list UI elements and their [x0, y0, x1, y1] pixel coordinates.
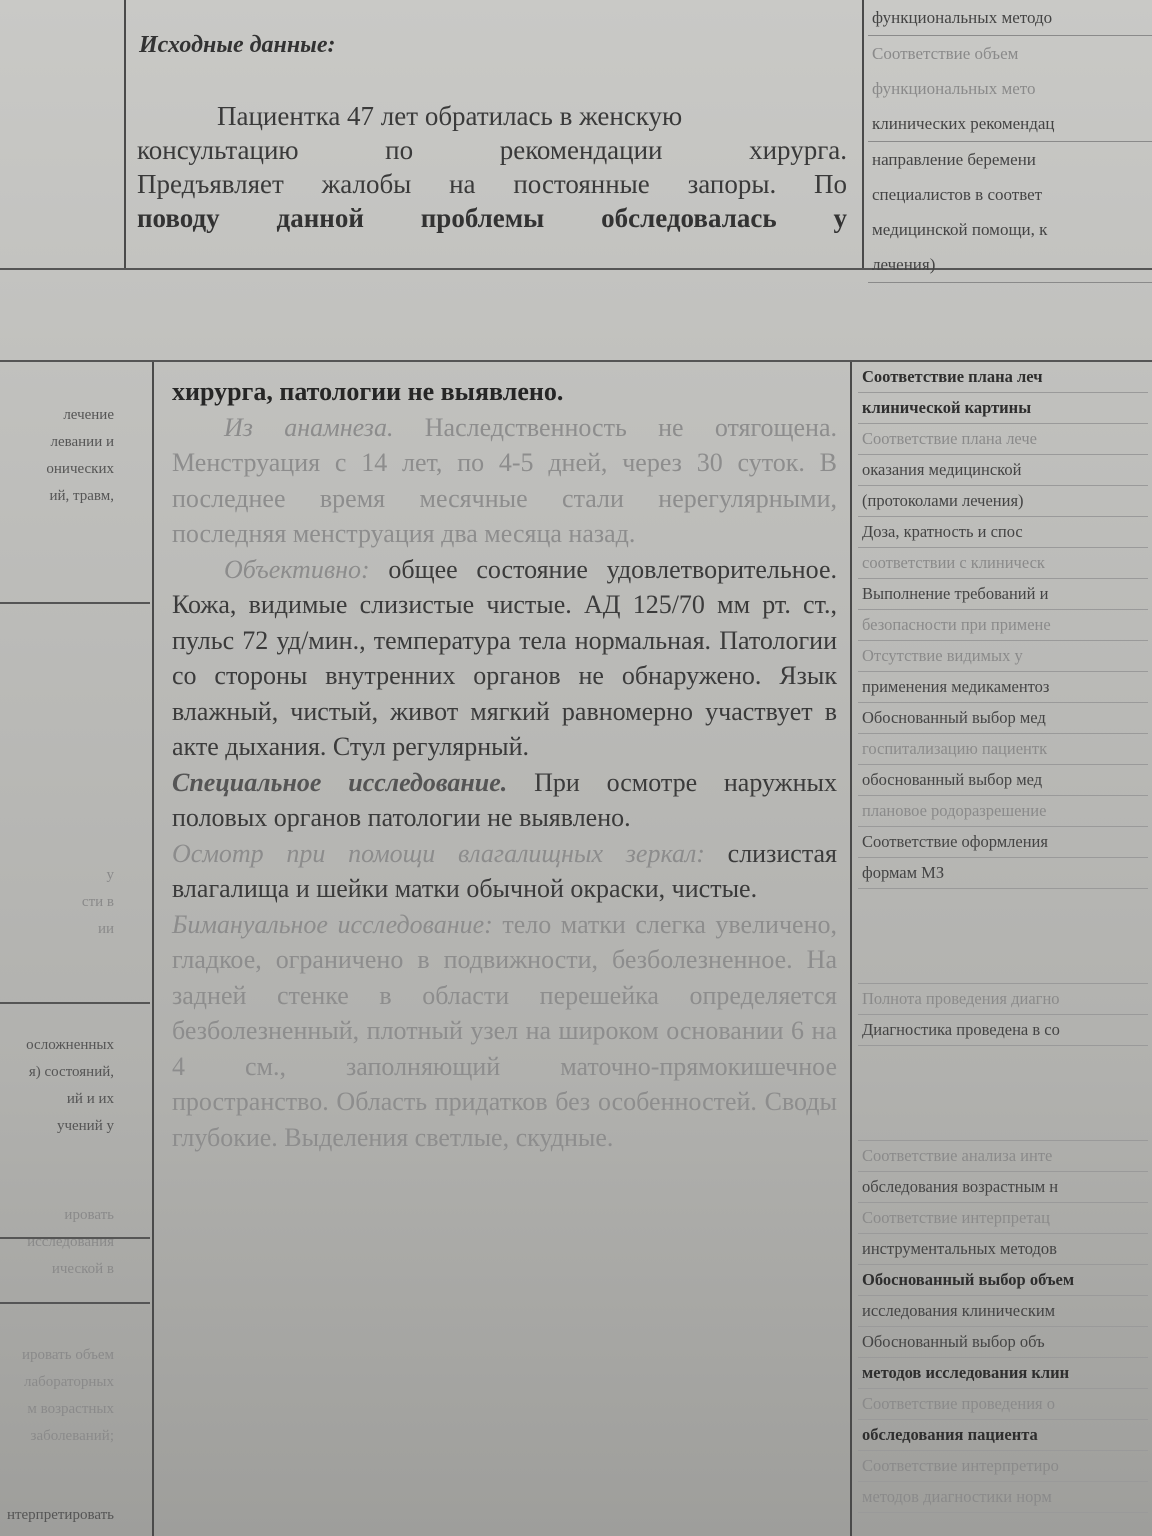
main-table-fragment: лечениелевании ионическихий, травм,усти …	[0, 360, 1152, 1536]
competency-line: онических	[0, 456, 120, 483]
column-divider	[850, 362, 852, 1536]
row-divider	[0, 1002, 150, 1004]
competency-cell: усти вии	[0, 862, 120, 943]
bimanual-exam-label: Бимануальное исследование:	[172, 910, 493, 939]
criteria-line: госпитализацию пациентк	[858, 734, 1148, 765]
criteria-line	[858, 1046, 1148, 1141]
criteria-line: Соответствие интерпретац	[858, 1203, 1148, 1234]
criteria-line: обследования возрастным н	[858, 1172, 1148, 1203]
criteria-line: функциональных мето	[868, 71, 1152, 106]
criteria-line: Обоснованный выбор объем	[858, 1265, 1148, 1296]
criteria-line: обследования пациента	[858, 1420, 1148, 1451]
competency-line: учений у	[0, 1113, 120, 1140]
competency-line: ировать объем	[0, 1342, 120, 1369]
competency-line: у	[0, 862, 120, 889]
initial-data-heading: Исходные данные:	[139, 32, 847, 59]
competency-line: лабораторных	[0, 1369, 120, 1396]
competency-line: ической в	[0, 1256, 120, 1283]
speculum-exam-label: Осмотр при помощи влагалищных зеркал:	[172, 839, 705, 868]
page-gap	[0, 270, 1152, 360]
paragraph-line: поводу данной проблемы обследовалась у	[137, 201, 847, 235]
competency-column: лечениелевании ионическихий, травм,усти …	[0, 362, 120, 1536]
criteria-line: методов диагностики норм	[858, 1482, 1148, 1513]
competency-line: сти в	[0, 889, 120, 916]
column-divider	[152, 362, 154, 1536]
criteria-line: формам МЗ	[858, 858, 1148, 889]
competency-line: ии	[0, 916, 120, 943]
row-divider	[0, 602, 150, 604]
paragraph-line: консультацию по рекомендации хирурга.	[137, 133, 847, 167]
paragraph-line: Пациентка 47 лет обратилась в женскую	[137, 99, 847, 133]
criteria-line: применения медикаментоз	[858, 672, 1148, 703]
row-divider	[0, 1302, 150, 1304]
criteria-column: Соответствие плана лечклинической картин…	[858, 362, 1148, 1513]
criteria-line: Обоснованный выбор мед	[858, 703, 1148, 734]
criteria-line: Соответствие проведения о	[858, 1389, 1148, 1420]
criteria-line: Доза, кратность и спос	[858, 517, 1148, 548]
criteria-line: Соответствие плана леч	[858, 362, 1148, 393]
criteria-line: клинических рекомендац	[868, 106, 1152, 142]
criteria-line: направление беремени	[868, 142, 1152, 177]
competency-line: нтерпретировать	[0, 1502, 120, 1529]
continuation-line: хирурга, патологии не выявлено.	[172, 374, 837, 410]
competency-line: осложненных	[0, 1032, 120, 1059]
criteria-line: клинической картины	[858, 393, 1148, 424]
criteria-line: медицинской помощи, к	[868, 212, 1152, 247]
special-exam-paragraph: Специальное исследование. При осмотре на…	[172, 765, 837, 836]
competency-cell: осложненныхя) состояний,ий и ихучений у	[0, 1032, 120, 1140]
criteria-line: Соответствие анализа инте	[858, 1141, 1148, 1172]
competency-line: исследования	[0, 1229, 120, 1256]
criteria-line: инструментальных методов	[858, 1234, 1148, 1265]
criteria-line: специалистов в соответ	[868, 177, 1152, 212]
criteria-line: Соответствие объем	[868, 36, 1152, 71]
initial-data-paragraph: Пациентка 47 лет обратилась в женскую ко…	[137, 99, 847, 235]
paragraph-line: Предъявляет жалобы на постоянные запоры.…	[137, 167, 847, 201]
competency-cell: ироватьисследованияической в	[0, 1202, 120, 1283]
criteria-line: (протоколами лечения)	[858, 486, 1148, 517]
criteria-line: безопасности при примене	[858, 610, 1148, 641]
anamnesis-paragraph: Из анамнеза. Наследственность не отягоще…	[172, 410, 837, 552]
criteria-line: Обоснованный выбор объ	[858, 1327, 1148, 1358]
criteria-line: Выполнение требований и	[858, 579, 1148, 610]
competency-line: лечение	[0, 402, 120, 429]
competency-line: ий и их	[0, 1086, 120, 1113]
criteria-line: Диагностика проведена в со	[858, 1015, 1148, 1046]
top-table-fragment: Исходные данные: Пациентка 47 лет обрати…	[0, 0, 1152, 270]
criteria-line: методов исследования клин	[858, 1358, 1148, 1389]
speculum-exam-paragraph: Осмотр при помощи влагалищных зеркал: сл…	[172, 836, 837, 907]
competency-line: ировать	[0, 1202, 120, 1229]
criteria-line: исследования клиническим	[858, 1296, 1148, 1327]
competency-line: я) состояний,	[0, 1059, 120, 1086]
competency-line: заболеваний;	[0, 1423, 120, 1450]
criteria-line: соответствии с клиническ	[858, 548, 1148, 579]
competency-cell: нтерпретировать	[0, 1502, 120, 1529]
competency-cell: лечениелевании ионическихий, травм,	[0, 402, 120, 510]
criteria-line: функциональных методо	[868, 0, 1152, 36]
case-description: хирурга, патологии не выявлено. Из анамн…	[172, 374, 837, 1155]
criteria-line: оказания медицинской	[858, 455, 1148, 486]
anamnesis-label: Из анамнеза.	[224, 413, 393, 442]
competency-cell: ировать объемлабораторныхм возрастныхзаб…	[0, 1342, 120, 1450]
criteria-line: Полнота проведения диагно	[858, 984, 1148, 1015]
criteria-line: Соответствие оформления	[858, 827, 1148, 858]
bimanual-exam-paragraph: Бимануальное исследование: тело матки сл…	[172, 907, 837, 1156]
objective-label: Объективно:	[224, 555, 370, 584]
criteria-line: Отсутствие видимых у	[858, 641, 1148, 672]
criteria-line	[858, 889, 1148, 984]
competency-line: левании и	[0, 429, 120, 456]
competency-line: м возрастных	[0, 1396, 120, 1423]
row-divider	[0, 1237, 150, 1239]
criteria-line: плановое родоразрешение	[858, 796, 1148, 827]
column-divider	[862, 0, 864, 268]
competency-line: ий, травм,	[0, 483, 120, 510]
criteria-line: Соответствие плана лече	[858, 424, 1148, 455]
criteria-column-top: функциональных методоСоответствие объемф…	[868, 0, 1152, 283]
criteria-line: Соответствие интерпретиро	[858, 1451, 1148, 1482]
column-divider	[124, 0, 126, 268]
objective-paragraph: Объективно: общее состояние удовлетворит…	[172, 552, 837, 765]
special-exam-label: Специальное исследование.	[172, 768, 507, 797]
initial-data-cell: Исходные данные: Пациентка 47 лет обрати…	[137, 20, 847, 235]
criteria-line: обоснованный выбор мед	[858, 765, 1148, 796]
